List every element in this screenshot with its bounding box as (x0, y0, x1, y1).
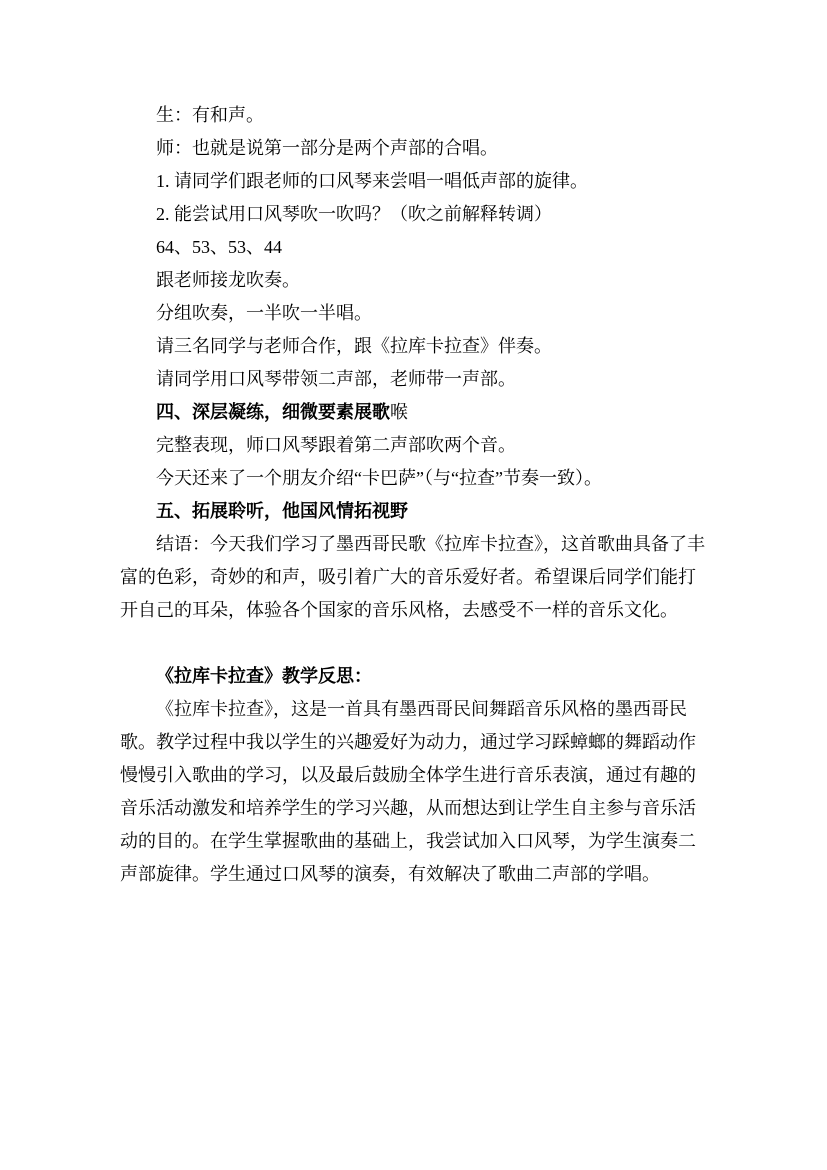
reflection-heading: 《拉库卡拉查》教学反思： (120, 660, 712, 693)
section-heading-5: 五、拓展聆听，他国风情拓视野 (120, 495, 712, 528)
blank-line (120, 627, 712, 660)
section-4-line-1: 完整表现，师口风琴跟着第二声部吹两个音。 (120, 429, 712, 462)
section-heading-4-bold-text: 四、深层凝练，细微要素展歌 (156, 402, 390, 422)
reflection-paragraph: 《拉库卡拉查》，这是一首具有墨西哥民间舞蹈音乐风格的墨西哥民歌。教学过程中我以学… (120, 693, 712, 891)
numbered-item-2: 2. 能尝试用口风琴吹一吹吗？（吹之前解释转调） (120, 198, 712, 231)
activity-line-3: 请三名同学与老师合作，跟《拉库卡拉查》伴奏。 (120, 330, 712, 363)
activity-line-2: 分组吹奏，一半吹一半唱。 (120, 297, 712, 330)
section-4-line-2: 今天还来了一个朋友介绍“卡巴萨”（与“拉查”节奏一致）。 (120, 462, 712, 495)
activity-line-1: 跟老师接龙吹奏。 (120, 264, 712, 297)
document-page: 生：有和声。师：也就是说第一部分是两个声部的合唱。1. 请同学们跟老师的口风琴来… (120, 99, 712, 891)
section-heading-5-bold-text: 五、拓展聆听，他国风情拓视野 (156, 501, 408, 521)
dialogue-line-teacher: 师：也就是说第一部分是两个声部的合唱。 (120, 132, 712, 165)
section-heading-4-plain-suffix: 喉 (390, 402, 408, 422)
section-heading-4: 四、深层凝练，细微要素展歌喉 (120, 396, 712, 429)
dialogue-line-student: 生：有和声。 (120, 99, 712, 132)
conclusion-paragraph: 结语：今天我们学习了墨西哥民歌《拉库卡拉查》，这首歌曲具备了丰富的色彩，奇妙的和… (120, 528, 712, 627)
reflection-heading-bold-text: 《拉库卡拉查》教学反思： (156, 666, 372, 686)
note-numbers-line: 64、53、53、44 (120, 231, 712, 264)
numbered-item-1: 1. 请同学们跟老师的口风琴来尝唱一唱低声部的旋律。 (120, 165, 712, 198)
activity-line-4: 请同学用口风琴带领二声部，老师带一声部。 (120, 363, 712, 396)
